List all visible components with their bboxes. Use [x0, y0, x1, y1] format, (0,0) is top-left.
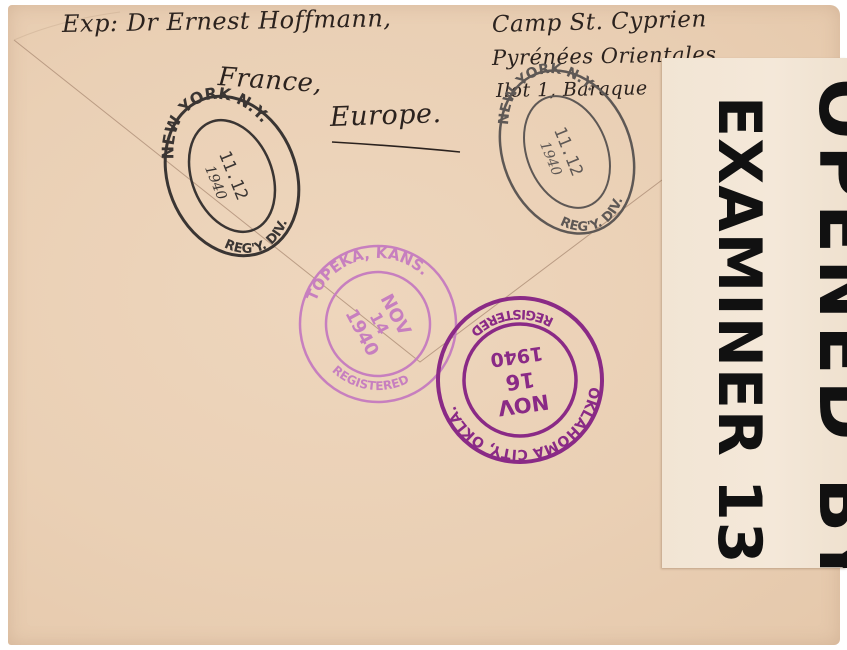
postmark-new-york-left: NEW YORK N.Y. REG'Y. DIV. 11.12 1940 [160, 88, 310, 263]
svg-text:REG'Y. DIV.: REG'Y. DIV. [554, 191, 634, 246]
sender-name: Exp: Dr Ernest Hoffmann, [62, 4, 392, 38]
svg-text:16: 16 [504, 367, 536, 395]
sender-continent: Europe. [329, 98, 442, 133]
svg-text:1940: 1940 [489, 342, 544, 371]
censor-tape: EXAMINER 1336 OPENED BY [662, 58, 847, 568]
postmark-new-york-right: NEW YORK N.Y. REG'Y. DIV. 11.12 1940 [492, 62, 642, 242]
svg-text:REGISTERED: REGISTERED [465, 300, 558, 340]
censor-opened-by-text: OPENED BY [803, 78, 847, 568]
svg-text:REG'Y. DIV.: REG'Y. DIV. [218, 213, 298, 268]
svg-text:NOV: NOV [496, 389, 551, 420]
censor-examiner-text: EXAMINER 1336 [704, 96, 774, 568]
postmark-oklahoma-city: OKLAHOMA CITY, OKLA. REGISTERED NOV 16 1… [432, 292, 608, 468]
